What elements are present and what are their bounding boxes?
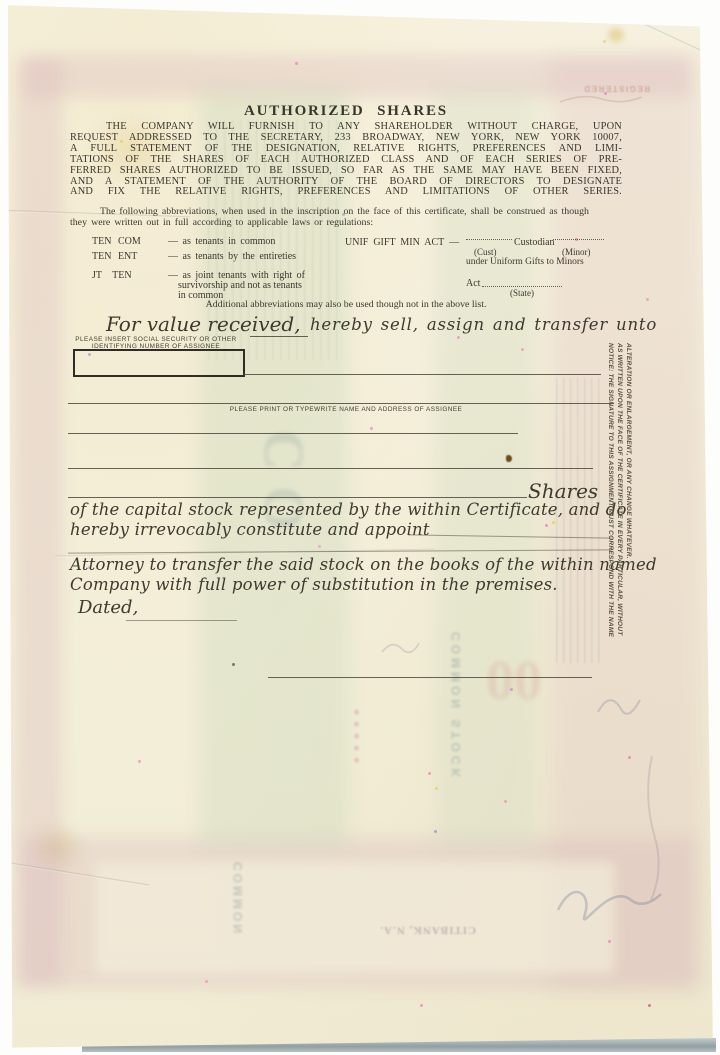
signature-notice-text: NOTICE: THE SIGNATURE TO THIS ASSIGNMENT… bbox=[606, 343, 633, 678]
abbrev-term-jt-ten: JT TEN bbox=[92, 270, 132, 281]
abbreviations-intro: The following abbreviations, when used i… bbox=[70, 207, 622, 228]
dated-line bbox=[126, 620, 237, 621]
dated-text: Dated, bbox=[78, 597, 138, 618]
unif-gift-cust: (Cust) bbox=[474, 247, 497, 257]
dotted-leader bbox=[553, 239, 604, 240]
unif-gift-minor: (Minor) bbox=[562, 247, 591, 257]
assignee-line-4 bbox=[68, 468, 593, 469]
assignee-line-1 bbox=[243, 374, 601, 375]
abbrev-def-ten-ent: — as tenants by the entireties bbox=[168, 251, 296, 262]
paper-specks bbox=[295, 62, 298, 65]
scanned-certificate-page: CO COMMON STOCK COMMON ✱✱✱✱✱ CITIBANK, N… bbox=[0, 0, 720, 1055]
dotted-leader bbox=[466, 239, 512, 240]
capital-stock-text: of the capital stock represented by the … bbox=[70, 500, 627, 519]
additional-abbreviations-note: Additional abbreviations may also be use… bbox=[70, 299, 622, 310]
assignee-line-2 bbox=[68, 403, 614, 404]
unif-gift-label: UNIF GIFT MIN ACT — bbox=[345, 237, 459, 248]
abbrev-term-ten-ent: TEN ENT bbox=[92, 251, 137, 262]
constitute-appoint-text: hereby irrevocably constitute and appoin… bbox=[70, 520, 430, 539]
shares-line bbox=[68, 497, 527, 498]
sell-assign-transfer-text: hereby sell, assign and transfer unto bbox=[310, 315, 657, 334]
unif-gift-act: Act bbox=[466, 278, 480, 289]
signature-line bbox=[268, 677, 592, 678]
print-typewrite-caption: PLEASE PRINT OR TYPEWRITE NAME AND ADDRE… bbox=[70, 406, 622, 413]
unif-gift-under: under Uniform Gifts to Minors bbox=[466, 257, 584, 267]
for-value-received-text: For value received, bbox=[106, 312, 301, 336]
page-title: AUTHORIZED SHARES bbox=[70, 103, 622, 120]
abbrev-term-ten-com: TEN COM bbox=[92, 236, 141, 247]
abbrev-def-ten-com: — as tenants in common bbox=[168, 236, 275, 247]
attorney-text: Attorney to transfer the said stock on t… bbox=[70, 555, 657, 595]
fill-in-line bbox=[250, 336, 308, 337]
unif-gift-state: (State) bbox=[510, 288, 534, 298]
ssn-box bbox=[73, 349, 245, 377]
assignee-line-3 bbox=[68, 433, 518, 434]
dotted-leader bbox=[482, 286, 562, 287]
unif-gift-custodian: Custodian bbox=[514, 237, 555, 248]
authorized-shares-paragraph: THE COMPANY WILL FURNISH TO ANY SHAREHOL… bbox=[70, 122, 622, 198]
